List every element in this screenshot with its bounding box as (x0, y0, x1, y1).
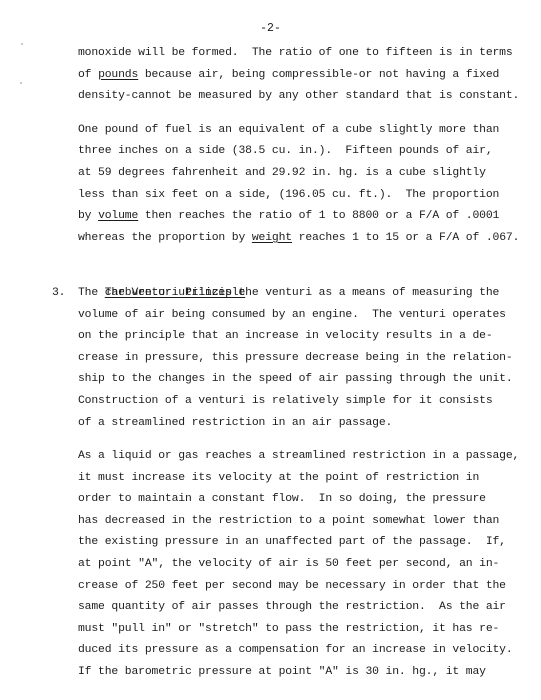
paragraph: monoxide will be formed. The ratio of on… (78, 43, 538, 108)
paragraph: One pound of fuel is an equivalent of a … (78, 120, 538, 250)
text-line: it must increase its velocity at the poi… (78, 468, 538, 490)
text-line: at point "A", the velocity of air is 50 … (78, 554, 538, 576)
text-line: crease of 250 feet per second may be nec… (78, 576, 538, 598)
section-title: The Venturi Principle (105, 287, 245, 299)
text-line: on the principle that an increase in vel… (78, 326, 538, 348)
margin-mark (21, 43, 23, 45)
text-line: the existing pressure in an unaffected p… (78, 532, 538, 554)
text-line: monoxide will be formed. The ratio of on… (78, 43, 538, 65)
text-line: If the barometric pressure at point "A" … (78, 662, 538, 684)
text-line: density-cannot be measured by any other … (78, 86, 538, 108)
underlined-word: volume (98, 210, 138, 222)
text-line: order to maintain a constant flow. In so… (78, 489, 538, 511)
intro-paragraphs: monoxide will be formed. The ratio of on… (78, 43, 538, 249)
page-number: -2- (0, 22, 541, 35)
paragraph-gap (78, 434, 538, 446)
text-line: duced its pressure as a compensation for… (78, 640, 538, 662)
section-paragraphs: The carburetor utilizes the venturi as a… (78, 283, 538, 684)
margin-mark (20, 82, 22, 84)
section-number: 3. (52, 283, 65, 305)
text-line: of a streamlined restriction in an air p… (78, 413, 538, 435)
text-line: volume of air being consumed by an engin… (78, 305, 538, 327)
paragraph: The carburetor utilizes the venturi as a… (78, 283, 538, 434)
paragraph: As a liquid or gas reaches a streamlined… (78, 446, 538, 684)
document-body: monoxide will be formed. The ratio of on… (78, 43, 538, 684)
text-line: at 59 degrees fahrenheit and 29.92 in. h… (78, 163, 538, 185)
section-gap (78, 249, 538, 261)
text-line: crease in pressure, this pressure decrea… (78, 348, 538, 370)
text-line: As a liquid or gas reaches a streamlined… (78, 446, 538, 468)
text-line: has decreased in the restriction to a po… (78, 511, 538, 533)
text-line: must "pull in" or "stretch" to pass the … (78, 619, 538, 641)
underlined-word: weight (252, 232, 292, 244)
text-line: same quantity of air passes through the … (78, 597, 538, 619)
text-line: Construction of a venturi is relatively … (78, 391, 538, 413)
text-line: whereas the proportion by weight reaches… (78, 228, 538, 250)
paragraph-gap (78, 108, 538, 120)
text-line: of pounds because air, being compressibl… (78, 65, 538, 87)
text-line: by volume then reaches the ratio of 1 to… (78, 206, 538, 228)
text-line: three inches on a side (38.5 cu. in.). F… (78, 141, 538, 163)
section-heading: 3.The Venturi Principle (78, 261, 538, 283)
text-line: less than six feet on a side, (196.05 cu… (78, 185, 538, 207)
text-line: ship to the changes in the speed of air … (78, 369, 538, 391)
underlined-word: pounds (98, 69, 138, 81)
text-line: One pound of fuel is an equivalent of a … (78, 120, 538, 142)
